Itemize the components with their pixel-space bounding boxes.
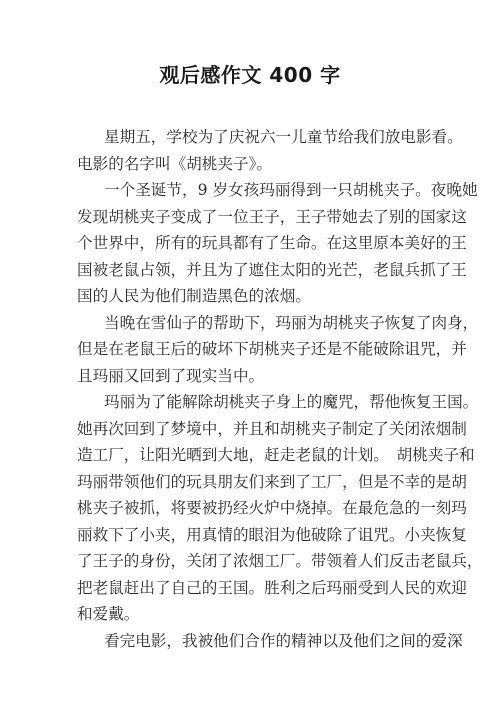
text-line: 发现胡桃夹子变成了一位王子，王子带她去了别的国家这: [77, 204, 423, 231]
text-line: 国的人民为他们制造黑色的浓烟。: [77, 283, 423, 310]
text-line: 看完电影，我被他们合作的精神以及他们之间的爱深: [77, 628, 423, 655]
text-line: 且玛丽又回到了现实当中。: [77, 363, 423, 390]
text-line: 国被老鼠占领，并且为了遮住太阳的光芒，老鼠兵抓了王: [77, 257, 423, 284]
text-line: 她再次回到了梦境中，并且和胡桃夹子制定了关闭浓烟制: [77, 416, 423, 443]
text-line: 桃夹子被抓，将要被扔经火炉中烧掉。在最危急的一刻玛: [77, 495, 423, 522]
document-page: 观后感作文 400 字 星期五，学校为了庆祝六一儿童节给我们放电影看。 电影的名…: [0, 0, 500, 708]
text-line: 当晚在雪仙子的帮助下，玛丽为胡桃夹子恢复了肉身，: [77, 310, 423, 337]
text-line: 把老鼠赶出了自己的王国。胜利之后玛丽受到人民的欢迎: [77, 575, 423, 602]
text-line: 玛丽为了能解除胡桃夹子身上的魔咒，帮他恢复王国。: [77, 389, 423, 416]
text-line: 丽救下了小夹，用真情的眼泪为他破除了诅咒。小夹恢复: [77, 522, 423, 549]
text-line: 和爱戴。: [77, 601, 423, 628]
text-line: 星期五，学校为了庆祝六一儿童节给我们放电影看。: [77, 124, 423, 151]
text-line: 但是在老鼠王后的破坏下胡桃夹子还是不能破除诅咒，并: [77, 336, 423, 363]
text-line: 个世界中，所有的玩具都有了生命。在这里原本美好的王: [77, 230, 423, 257]
text-line: 一个圣诞节，9 岁女孩玛丽得到一只胡桃夹子。夜晚她: [77, 177, 423, 204]
text-line: 了王子的身份，关闭了浓烟工厂。带领着人们反击老鼠兵，: [77, 548, 423, 575]
document-body: 星期五，学校为了庆祝六一儿童节给我们放电影看。 电影的名字叫《胡桃夹子》。 一个…: [77, 124, 423, 654]
document-title: 观后感作文 400 字: [0, 62, 500, 88]
text-line: 造工厂，让阳光晒到大地，赶走老鼠的计划。 胡桃夹子和: [77, 442, 423, 469]
text-line: 玛丽带领他们的玩具朋友们来到了工厂，但是不幸的是胡: [77, 469, 423, 496]
text-line: 电影的名字叫《胡桃夹子》。: [77, 151, 423, 178]
